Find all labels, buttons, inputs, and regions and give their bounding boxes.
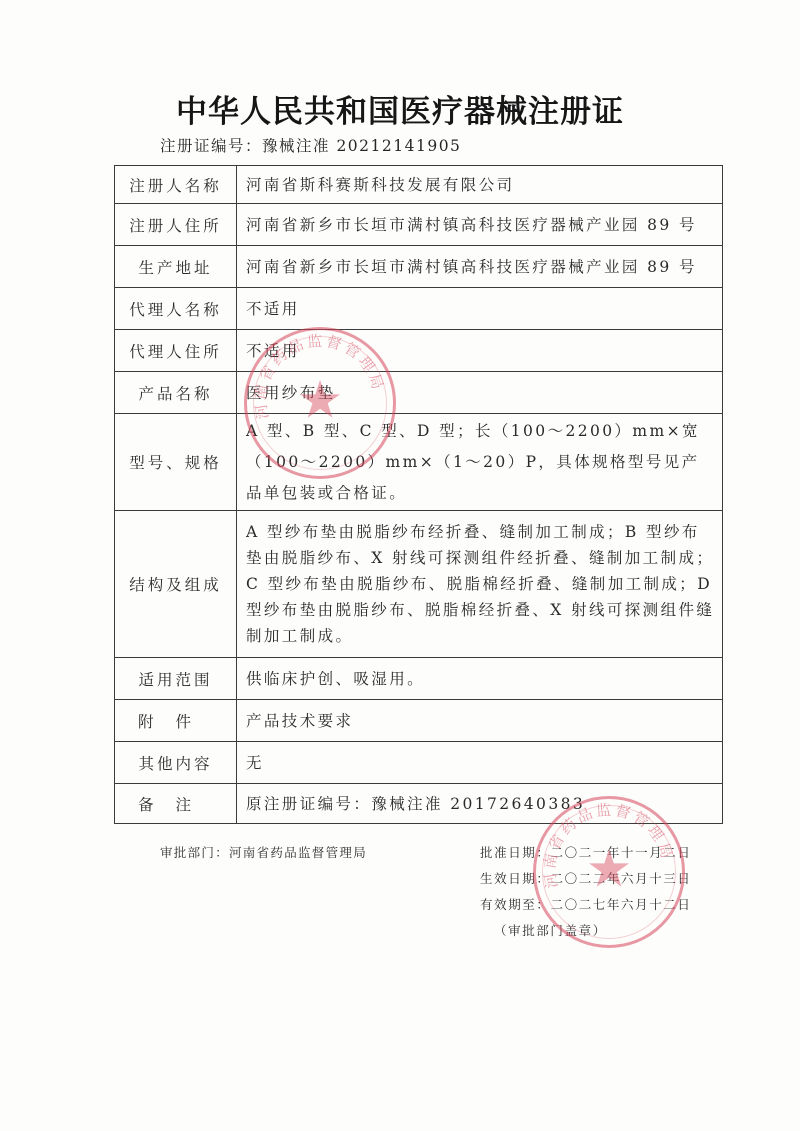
valid-until: 有效期至：二〇二七年六月十二日 bbox=[480, 895, 692, 913]
row-label: 产品名称 bbox=[115, 372, 237, 414]
row-label: 注册人住所 bbox=[115, 204, 237, 246]
row-label: 附件 bbox=[115, 700, 237, 742]
effective-date: 生效日期：二〇二二年六月十三日 bbox=[480, 869, 692, 887]
registration-number-value: 豫械注准 20212141905 bbox=[262, 137, 461, 155]
row-label: 代理人名称 bbox=[115, 288, 237, 330]
certificate-table: 注册人名称 河南省斯科赛斯科技发展有限公司 注册人住所 河南省新乡市长垣市满村镇… bbox=[114, 165, 723, 824]
row-value: A 型纱布垫由脱脂纱布经折叠、缝制加工制成；B 型纱布垫由脱脂纱布、X 射线可探… bbox=[237, 511, 723, 658]
row-value: 河南省新乡市长垣市满村镇高科技医疗器械产业园 89 号 bbox=[237, 204, 723, 246]
table-row: 注册人名称 河南省斯科赛斯科技发展有限公司 bbox=[115, 166, 723, 204]
table-row: 适用范围 供临床护创、吸湿用。 bbox=[115, 658, 723, 700]
row-label: 型号、规格 bbox=[115, 414, 237, 511]
table-row: 产品名称 医用纱布垫 bbox=[115, 372, 723, 414]
row-value: 供临床护创、吸湿用。 bbox=[237, 658, 723, 700]
row-value: A 型、B 型、C 型、D 型；长（100～2200）mm×宽（100～2200… bbox=[237, 414, 723, 511]
document-title: 中华人民共和国医疗器械注册证 bbox=[0, 86, 800, 131]
row-label: 其他内容 bbox=[115, 742, 237, 784]
row-value: 医用纱布垫 bbox=[237, 372, 723, 414]
table-row: 其他内容 无 bbox=[115, 742, 723, 784]
table-row: 备注 原注册证编号：豫械注准 20172640383 bbox=[115, 784, 723, 824]
row-value: 产品技术要求 bbox=[237, 700, 723, 742]
table-row: 生产地址 河南省新乡市长垣市满村镇高科技医疗器械产业园 89 号 bbox=[115, 246, 723, 288]
row-label: 生产地址 bbox=[115, 246, 237, 288]
row-label: 结构及组成 bbox=[115, 511, 237, 658]
row-value: 河南省新乡市长垣市满村镇高科技医疗器械产业园 89 号 bbox=[237, 246, 723, 288]
table-row: 注册人住所 河南省新乡市长垣市满村镇高科技医疗器械产业园 89 号 bbox=[115, 204, 723, 246]
row-label: 代理人住所 bbox=[115, 330, 237, 372]
row-value: 不适用 bbox=[237, 288, 723, 330]
row-label: 注册人名称 bbox=[115, 166, 237, 204]
table-row: 代理人住所 不适用 bbox=[115, 330, 723, 372]
table-row: 代理人名称 不适用 bbox=[115, 288, 723, 330]
seal-note: （审批部门盖章） bbox=[494, 921, 607, 939]
row-value: 原注册证编号：豫械注准 20172640383 bbox=[237, 784, 723, 824]
row-value: 河南省斯科赛斯科技发展有限公司 bbox=[237, 166, 723, 204]
row-value: 不适用 bbox=[237, 330, 723, 372]
table-row: 结构及组成 A 型纱布垫由脱脂纱布经折叠、缝制加工制成；B 型纱布垫由脱脂纱布、… bbox=[115, 511, 723, 658]
table-row: 附件 产品技术要求 bbox=[115, 700, 723, 742]
row-label: 适用范围 bbox=[115, 658, 237, 700]
row-label: 备注 bbox=[115, 784, 237, 824]
approval-date: 批准日期：二〇二一年十一月二日 bbox=[480, 843, 692, 861]
registration-number: 注册证编号：豫械注准 20212141905 bbox=[160, 134, 461, 156]
row-value: 无 bbox=[237, 742, 723, 784]
table-row: 型号、规格 A 型、B 型、C 型、D 型；长（100～2200）mm×宽（10… bbox=[115, 414, 723, 511]
approval-department: 审批部门：河南省药品监督管理局 bbox=[160, 843, 367, 861]
registration-number-label: 注册证编号： bbox=[160, 137, 262, 155]
